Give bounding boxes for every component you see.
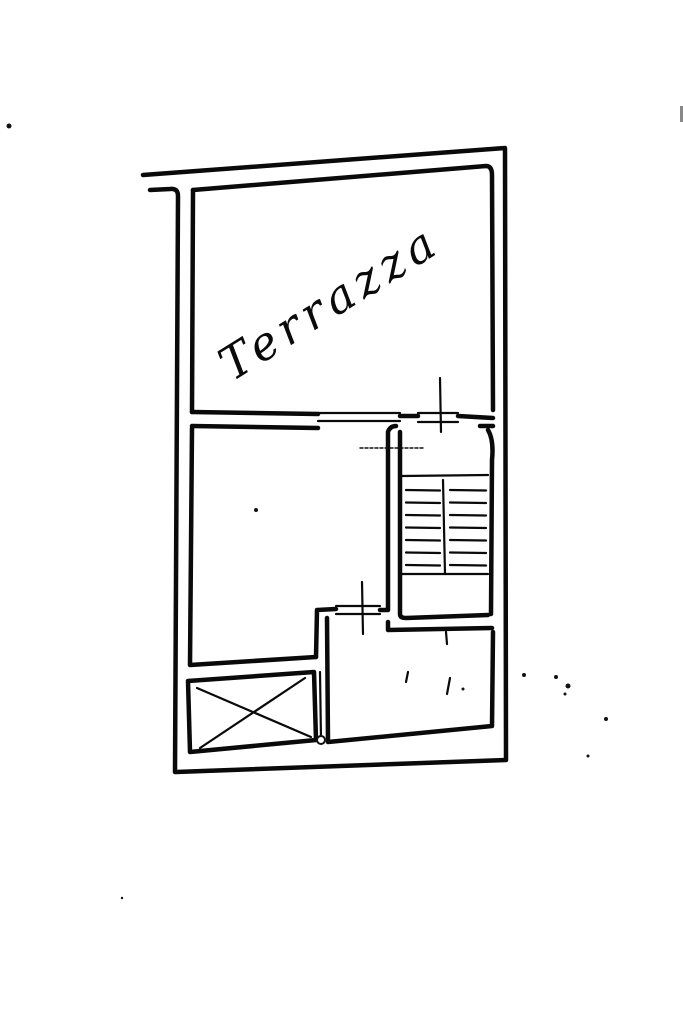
terrace-room: Terrazza [192,166,493,432]
stairwell [388,430,493,630]
floor-plan-drawing: Terrazza [0,0,683,1023]
scan-artifacts [7,106,683,899]
terrace-label: Terrazza [209,213,449,391]
shaft-void [188,672,325,752]
small-room [327,618,493,742]
stair-treads [406,490,486,566]
floor-plan-page: Terrazza [0,0,683,1023]
